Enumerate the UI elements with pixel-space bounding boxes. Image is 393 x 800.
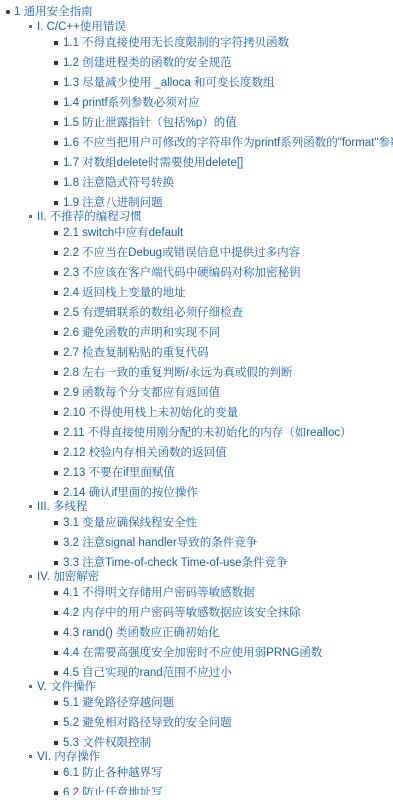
toc-section-link[interactable]: II. 不推荐的编程习惯 [37,211,142,223]
toc-section-item: I. C/C++使用错误1.1 不得直接使用无长度限制的字符拷贝函数1.2 创建… [14,20,393,210]
toc-item-list: 2.1 switch中应有default2.2 不应当在Debug或错误信息中提… [37,226,393,500]
toc-item-link[interactable]: 1.9 注意八进制问题 [63,197,163,209]
toc-item-link[interactable]: 6.1 防止各种越界写 [63,767,163,779]
toc-item-link[interactable]: 2.12 校验内存相关函数的返回值 [63,447,227,459]
toc-item: 1.3 尽量减少使用 _alloca 和可变长度数组 [37,76,393,90]
toc-item-link[interactable]: 1.1 不得直接使用无长度限制的字符拷贝函数 [63,37,289,49]
toc-item-link[interactable]: 2.1 switch中应有default [63,227,183,239]
square-bullet-icon [54,561,58,565]
square-bullet-icon [54,471,58,475]
toc-root-item: 1 通用安全指南 I. C/C++使用错误1.1 不得直接使用无长度限制的字符拷… [0,5,393,795]
square-bullet-icon [54,791,58,795]
toc-item-link[interactable]: 1.8 注意隐式符号转换 [63,177,174,189]
toc-item-link[interactable]: 1.4 printf系列参数必须对应 [63,97,200,109]
toc-item: 4.3 rand() 类函数应正确初始化 [37,626,393,640]
circle-bullet-icon [29,685,32,688]
toc-item: 6.1 防止各种越界写 [37,766,393,780]
square-bullet-icon [54,371,58,375]
square-bullet-icon [54,201,58,205]
square-bullet-icon [54,491,58,495]
circle-bullet-icon [29,25,32,28]
toc-item-link[interactable]: 2.7 检查复制粘贴的重复代码 [63,347,209,359]
toc-section-link[interactable]: V. 文件操作 [37,681,96,693]
toc-item-link[interactable]: 2.3 不应该在客户端代码中硬编码对称加密秘钥 [63,267,301,279]
toc-item-link[interactable]: 3.3 注意Time-of-check Time-of-use条件竞争 [63,557,288,569]
square-bullet-icon [54,161,58,165]
toc-item-link[interactable]: 4.5 自己实现的rand范围不应过小 [63,667,232,679]
toc-item: 2.11 不得直接使用刚分配的未初始化的内存（如realloc） [37,426,393,440]
toc-item: 1.4 printf系列参数必须对应 [37,96,393,110]
square-bullet-icon [54,271,58,275]
square-bullet-icon [54,121,58,125]
toc-item: 4.2 内存中的用户密码等敏感数据应该安全抹除 [37,606,393,620]
toc-item-link[interactable]: 5.3 文件权限控制 [63,737,151,749]
toc-item-link[interactable]: 4.1 不得明文存储用户密码等敏感数据 [63,587,255,599]
toc-item: 5.3 文件权限控制 [37,736,393,750]
square-bullet-icon [54,591,58,595]
toc-item-link[interactable]: 3.2 注意signal handler导致的条件竞争 [63,537,257,549]
toc-item: 4.4 在需要高强度安全加密时不应使用弱PRNG函数 [37,646,393,660]
square-bullet-icon [54,701,58,705]
square-bullet-icon [54,311,58,315]
toc-item: 1.7 对数组delete时需要使用delete[] [37,156,393,170]
square-bullet-icon [54,771,58,775]
toc-item-link[interactable]: 2.5 有逻辑联系的数组必须仔细检查 [63,307,243,319]
square-bullet-icon [54,411,58,415]
disc-bullet-icon [6,10,10,14]
toc-item-link[interactable]: 1.3 尽量减少使用 _alloca 和可变长度数组 [63,77,275,89]
square-bullet-icon [54,41,58,45]
toc-item-link[interactable]: 2.4 返回栈上变量的地址 [63,287,186,299]
circle-bullet-icon [29,505,32,508]
square-bullet-icon [54,331,58,335]
toc-item-link[interactable]: 2.10 不得使用栈上未初始化的变量 [63,407,238,419]
toc-item-list: 4.1 不得明文存储用户密码等敏感数据4.2 内存中的用户密码等敏感数据应该安全… [37,586,393,680]
toc-item-link[interactable]: 1.6 不应当把用户可修改的字符串作为printf系列函数的"format"参数 [63,137,393,149]
toc-section-list: I. C/C++使用错误1.1 不得直接使用无长度限制的字符拷贝函数1.2 创建… [14,20,393,795]
square-bullet-icon [54,61,58,65]
toc-item-link[interactable]: 2.2 不应当在Debug或错误信息中提供过多内容 [63,247,300,259]
square-bullet-icon [54,631,58,635]
square-bullet-icon [54,521,58,525]
square-bullet-icon [54,611,58,615]
square-bullet-icon [54,81,58,85]
toc-item-list: 6.1 防止各种越界写6.2 防止任意地址写 [37,766,393,795]
toc-item: 3.2 注意signal handler导致的条件竞争 [37,536,393,550]
toc-item: 2.13 不要在if里面赋值 [37,466,393,480]
toc-item-link[interactable]: 1.2 创建进程类的函数的安全规范 [63,57,232,69]
square-bullet-icon [54,451,58,455]
square-bullet-icon [54,101,58,105]
toc-section-link[interactable]: IV. 加密解密 [37,571,99,583]
toc-item-link[interactable]: 5.2 避免相对路径导致的安全问题 [63,717,232,729]
square-bullet-icon [54,351,58,355]
toc-item: 1.5 防止泄露指针（包括%p）的值 [37,116,393,130]
toc-item-link[interactable]: 2.13 不要在if里面赋值 [63,467,175,479]
square-bullet-icon [54,291,58,295]
toc-item: 2.9 函数每个分支都应有返回值 [37,386,393,400]
toc-item: 2.2 不应当在Debug或错误信息中提供过多内容 [37,246,393,260]
toc-section-item: V. 文件操作5.1 避免路径穿越问题5.2 避免相对路径导致的安全问题5.3 … [14,680,393,750]
toc-item-list: 5.1 避免路径穿越问题5.2 避免相对路径导致的安全问题5.3 文件权限控制 [37,696,393,750]
toc-item: 2.5 有逻辑联系的数组必须仔细检查 [37,306,393,320]
toc-item: 3.1 变量应确保线程安全性 [37,516,393,530]
toc-item: 1.6 不应当把用户可修改的字符串作为printf系列函数的"format"参数 [37,136,393,150]
circle-bullet-icon [29,755,32,758]
square-bullet-icon [54,671,58,675]
toc-item: 2.1 switch中应有default [37,226,393,240]
toc-item-link[interactable]: 4.2 内存中的用户密码等敏感数据应该安全抹除 [63,607,301,619]
toc-item-link[interactable]: 1.5 防止泄露指针（包括%p）的值 [63,117,237,129]
toc-item-link[interactable]: 2.11 不得直接使用刚分配的未初始化的内存（如realloc） [63,427,352,439]
square-bullet-icon [54,721,58,725]
toc-item: 2.14 确认if里面的按位操作 [37,486,393,500]
toc-item: 3.3 注意Time-of-check Time-of-use条件竞争 [37,556,393,570]
toc-section-link[interactable]: III. 多线程 [37,501,87,513]
toc-item: 4.5 自己实现的rand范围不应过小 [37,666,393,680]
toc-item: 1.1 不得直接使用无长度限制的字符拷贝函数 [37,36,393,50]
toc-item: 1.9 注意八进制问题 [37,196,393,210]
square-bullet-icon [54,651,58,655]
toc-item: 6.2 防止任意地址写 [37,786,393,795]
toc-list: 1 通用安全指南 I. C/C++使用错误1.1 不得直接使用无长度限制的字符拷… [0,5,393,795]
toc-item: 4.1 不得明文存储用户密码等敏感数据 [37,586,393,600]
toc-item-link[interactable]: 4.3 rand() 类函数应正确初始化 [63,627,220,639]
toc-item: 2.10 不得使用栈上未初始化的变量 [37,406,393,420]
toc-item-link[interactable]: 6.2 防止任意地址写 [63,787,163,795]
square-bullet-icon [54,141,58,145]
toc-item-link[interactable]: 2.8 左右一致的重复判断/永远为真或假的判断 [63,367,292,379]
square-bullet-icon [54,391,58,395]
toc-item-link[interactable]: 2.9 函数每个分支都应有返回值 [63,387,220,399]
square-bullet-icon [54,741,58,745]
toc-item-list: 3.1 变量应确保线程安全性3.2 注意signal handler导致的条件竞… [37,516,393,570]
square-bullet-icon [54,251,58,255]
toc-section-item: II. 不推荐的编程习惯2.1 switch中应有default2.2 不应当在… [14,210,393,500]
toc-item-link[interactable]: 2.6 避免函数的声明和实现不同 [63,327,220,339]
toc-section-link[interactable]: VI. 内存操作 [37,751,100,763]
toc-item: 5.2 避免相对路径导致的安全问题 [37,716,393,730]
toc-section-link[interactable]: I. C/C++使用错误 [37,21,126,33]
toc-item: 2.4 返回栈上变量的地址 [37,286,393,300]
toc-section-item: III. 多线程3.1 变量应确保线程安全性3.2 注意signal handl… [14,500,393,570]
toc-item: 2.7 检查复制粘贴的重复代码 [37,346,393,360]
circle-bullet-icon [29,575,32,578]
toc-page: 1 通用安全指南 I. C/C++使用错误1.1 不得直接使用无长度限制的字符拷… [0,0,393,795]
toc-item-link[interactable]: 4.4 在需要高强度安全加密时不应使用弱PRNG函数 [63,647,322,659]
toc-item: 5.1 避免路径穿越问题 [37,696,393,710]
square-bullet-icon [54,431,58,435]
square-bullet-icon [54,181,58,185]
circle-bullet-icon [29,215,32,218]
toc-item-list: 1.1 不得直接使用无长度限制的字符拷贝函数1.2 创建进程类的函数的安全规范1… [37,36,393,210]
toc-section-item: IV. 加密解密4.1 不得明文存储用户密码等敏感数据4.2 内存中的用户密码等… [14,570,393,680]
toc-item: 2.12 校验内存相关函数的返回值 [37,446,393,460]
toc-section-item: VI. 内存操作6.1 防止各种越界写6.2 防止任意地址写 [14,750,393,795]
toc-item: 1.8 注意隐式符号转换 [37,176,393,190]
toc-item-link[interactable]: 1.7 对数组delete时需要使用delete[] [63,157,243,169]
toc-item: 1.2 创建进程类的函数的安全规范 [37,56,393,70]
square-bullet-icon [54,541,58,545]
toc-item: 2.8 左右一致的重复判断/永远为真或假的判断 [37,366,393,380]
toc-root-link[interactable]: 1 通用安全指南 [14,6,93,18]
toc-item-link[interactable]: 3.1 变量应确保线程安全性 [63,517,197,529]
square-bullet-icon [54,231,58,235]
toc-item: 2.3 不应该在客户端代码中硬编码对称加密秘钥 [37,266,393,280]
toc-item-link[interactable]: 5.1 避免路径穿越问题 [63,697,174,709]
toc-item: 2.6 避免函数的声明和实现不同 [37,326,393,340]
toc-item-link[interactable]: 2.14 确认if里面的按位操作 [63,487,198,499]
